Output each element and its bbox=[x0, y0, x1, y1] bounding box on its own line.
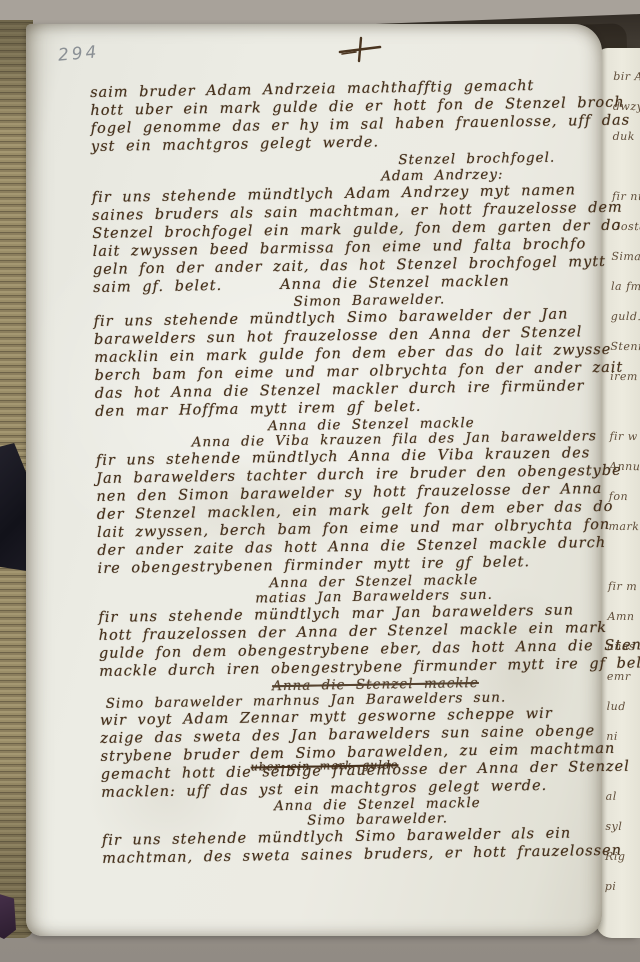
manuscript-page: 294 saim bruder Adam Andrzeia machthafft… bbox=[26, 24, 602, 936]
next-page-text-fragments: bir Adwzydukfir nuGostaSimala fmguld.Ste… bbox=[605, 62, 640, 902]
text-fragment bbox=[610, 392, 640, 422]
page-number: 294 bbox=[57, 42, 100, 66]
text-fragment: al bbox=[606, 782, 637, 812]
manuscript-text: saim bruder Adam Andrzeia machthafftig g… bbox=[90, 76, 594, 869]
text-fragment: bir A bbox=[613, 62, 640, 92]
entry-2-text: fir uns stehende mündtlych Adam Andrzey … bbox=[92, 181, 586, 297]
entry-1-text: saim bruder Adam Andrzeia machthafftig g… bbox=[90, 76, 583, 156]
entry-5-text: fir uns stehende mündtlych mar Jan baraw… bbox=[98, 601, 591, 681]
entry-3-text: fir uns stehende mündtlych Simo baraweld… bbox=[94, 305, 588, 421]
entry-4-text: fir uns stehende mündtlych Anna die Viba… bbox=[96, 444, 590, 578]
text-fragment: pi bbox=[605, 872, 636, 902]
text-fragment bbox=[612, 152, 640, 182]
text-fragment: guld. bbox=[611, 302, 640, 332]
entry-6-text-a: wir voyt Adam Zennar mytt gesworne schep… bbox=[100, 704, 593, 766]
text-fragment: la fm bbox=[611, 272, 640, 302]
entry-6-text-b: gemacht hott die selbige frauenlosse der… bbox=[101, 758, 594, 802]
text-fragment: Amn bbox=[607, 602, 638, 632]
cross-mark bbox=[334, 36, 384, 64]
text-fragment: mark bbox=[608, 512, 639, 542]
text-fragment: lud bbox=[606, 692, 637, 722]
next-page-edge: bir Adwzydukfir nuGostaSimala fmguld.Ste… bbox=[596, 48, 640, 938]
text-fragment bbox=[608, 542, 639, 572]
text-fragment: syl bbox=[605, 812, 636, 842]
text-fragment: Stenn bbox=[610, 332, 640, 362]
text-fragment: fir w bbox=[609, 422, 640, 452]
text-fragment: Sima bbox=[611, 242, 640, 272]
entry-7-text: fir uns stehende mündtlych Simo baraweld… bbox=[102, 824, 595, 868]
text-fragment: fir m bbox=[608, 572, 639, 602]
photo-background: bir Adwzydukfir nuGostaSimala fmguld.Ste… bbox=[0, 0, 640, 962]
